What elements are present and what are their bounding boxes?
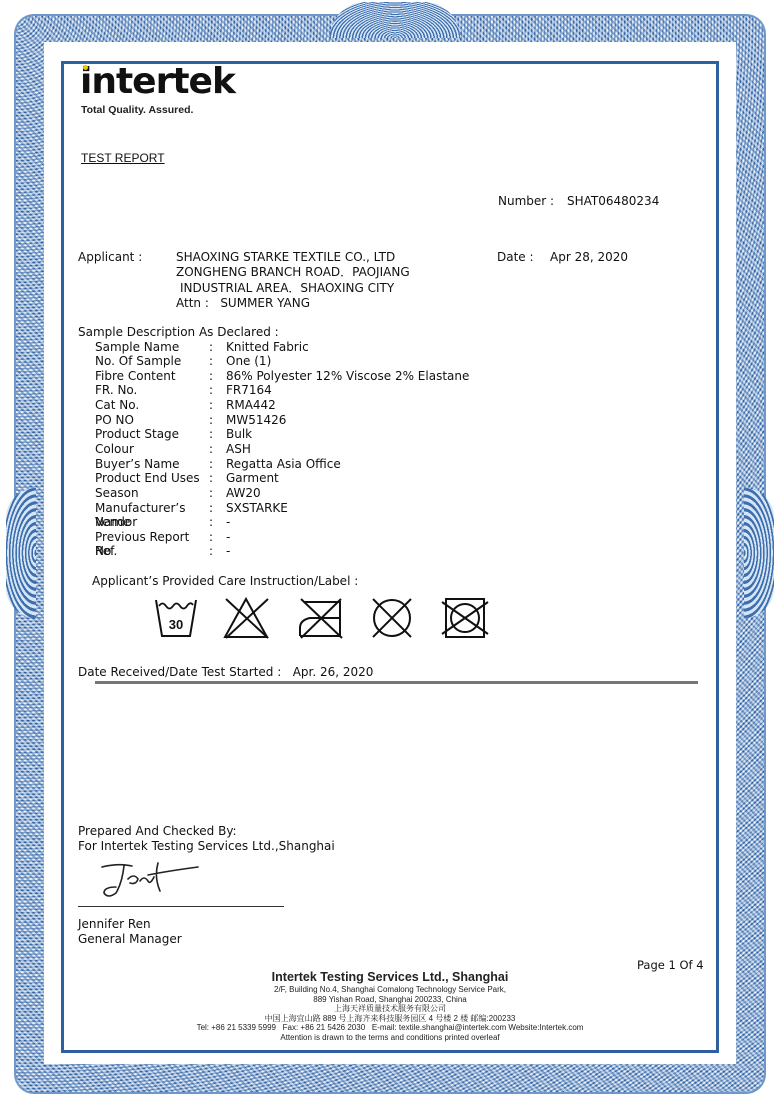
sample-field-value: One (1) [226,354,271,369]
sample-field-label: Manufacturer’s Name [95,501,209,516]
sample-field-separator: : [209,530,226,545]
applicant-line: ZONGHENG BRANCH ROAD．PAOJIANG [176,265,410,280]
sample-row: Vendor:- [95,515,469,530]
sample-field-separator: : [209,486,226,501]
sample-row: PO NO:MW51426 [95,413,469,428]
sample-row: Season:AW20 [95,486,469,501]
sample-field-separator: : [209,398,226,413]
sample-row: Colour:ASH [95,442,469,457]
date-received: Date Received/Date Test Started : Apr. 2… [78,665,373,680]
sample-field-separator: : [209,457,226,472]
sample-field-label: Sample Name [95,340,209,355]
report-title: TEST REPORT [81,151,165,165]
do-not-dry-clean-icon [368,596,416,640]
signature-line [78,906,284,907]
report-content: intertek Total Quality. Assured. TEST RE… [0,0,780,1107]
sample-description-table: Sample Name:Knitted FabricNo. Of Sample:… [95,340,469,560]
sample-field-separator: : [209,340,226,355]
applicant-address: SHAOXING STARKE TEXTILE CO., LTD ZONGHEN… [176,250,410,312]
sample-row: Previous Report No:- [95,530,469,545]
sample-field-label: PO NO [95,413,209,428]
sample-field-separator: : [209,471,226,486]
sample-field-label: Buyer’s Name [95,457,209,472]
sample-field-label: Fibre Content [95,369,209,384]
sample-row: Cat No.:RMA442 [95,398,469,413]
sample-field-separator: : [209,413,226,428]
sample-row: Product Stage:Bulk [95,427,469,442]
sample-field-value: - [226,530,230,545]
footer-line: 2/F, Building No.4, Shanghai Comalong Te… [0,985,780,995]
sample-row: Fibre Content:86% Polyester 12% Viscose … [95,369,469,384]
do-not-bleach-icon [222,596,270,640]
signer: Jennifer Ren General Manager [78,917,182,946]
wash-30-icon: 30 [152,596,200,640]
sample-field-value: 86% Polyester 12% Viscose 2% Elastane [226,369,469,384]
section-divider [95,681,698,684]
sample-field-label: Product End Uses [95,471,209,486]
sample-field-label: Cat No. [95,398,209,413]
sample-field-value: AW20 [226,486,261,501]
footer-line: 889 Yishan Road, Shanghai 200233, China [0,995,780,1005]
sample-field-separator: : [209,501,226,516]
date-received-label: Date Received/Date Test Started : [78,665,281,679]
sample-field-value: - [226,515,230,530]
sample-field-label: No. Of Sample [95,354,209,369]
report-number-value: SHAT06480234 [567,194,659,209]
sample-row: FR. No.:FR7164 [95,383,469,398]
do-not-tumble-dry-icon [440,596,490,640]
sample-field-value: RMA442 [226,398,276,413]
sample-row: No. Of Sample:One (1) [95,354,469,369]
sample-field-value: Knitted Fabric [226,340,309,355]
sample-field-label: FR. No. [95,383,209,398]
sample-field-value: - [226,544,230,559]
footer: Intertek Testing Services Ltd., Shanghai… [0,970,780,1043]
sample-field-separator: : [209,427,226,442]
report-date-label: Date : [497,250,534,265]
sample-row: Sample Name:Knitted Fabric [95,340,469,355]
svg-text:30: 30 [169,617,183,632]
applicant-label: Applicant : [78,250,142,265]
sample-field-label: Product Stage [95,427,209,442]
sample-description-heading: Sample Description As Declared : [78,325,279,340]
sample-field-value: MW51426 [226,413,286,428]
sample-field-separator: : [209,515,226,530]
applicant-attn: Attn : SUMMER YANG [176,296,410,311]
footer-line: 上海天祥质量技术服务有限公司 [0,1004,780,1014]
sample-field-value: SXSTARKE [226,501,288,516]
footer-company: Intertek Testing Services Ltd., Shanghai [0,970,780,985]
applicant-line: SHAOXING STARKE TEXTILE CO., LTD [176,250,410,265]
care-instruction-label: Applicant’s Provided Care Instruction/La… [92,574,358,589]
applicant-line: INDUSTRIAL AREA．SHAOXING CITY [176,281,410,296]
date-received-value: Apr. 26, 2020 [293,665,374,679]
intertek-logo: intertek [80,64,235,100]
sample-row: Buyer’s Name:Regatta Asia Office [95,457,469,472]
sample-field-separator: : [209,544,226,559]
sample-field-label: Previous Report No [95,530,209,545]
sample-field-value: Bulk [226,427,252,442]
signer-title: General Manager [78,932,182,947]
signature-image [98,857,208,901]
footer-line: 中国上海宜山路 889 号上海齐来科技服务园区 4 号楼 2 楼 邮编:2002… [0,1014,780,1024]
sample-row: Product End Uses:Garment [95,471,469,486]
logo-accent-dot [83,65,88,70]
sample-field-value: ASH [226,442,251,457]
sample-field-value: Garment [226,471,279,486]
report-number-label: Number : [498,194,554,209]
sample-field-label: Vendor [95,515,209,530]
prepared-by-label: Prepared And Checked By: [78,824,335,839]
sample-field-label: Season [95,486,209,501]
sample-row: Manufacturer’s Name:SXSTARKE [95,501,469,516]
sample-row: Ref.:- [95,544,469,559]
sample-field-separator: : [209,442,226,457]
footer-contact: Tel: +86 21 5339 5999 Fax: +86 21 5426 2… [0,1023,780,1033]
prepared-by: Prepared And Checked By: For Intertek Te… [78,824,335,853]
sample-field-separator: : [209,369,226,384]
sample-field-label: Ref. [95,544,209,559]
signer-name: Jennifer Ren [78,917,182,932]
do-not-iron-icon [296,596,344,640]
sample-field-separator: : [209,383,226,398]
report-date-value: Apr 28, 2020 [550,250,628,265]
logo-tagline: Total Quality. Assured. [81,104,193,116]
sample-field-value: FR7164 [226,383,272,398]
footer-notice: Attention is drawn to the terms and cond… [0,1033,780,1043]
sample-field-value: Regatta Asia Office [226,457,341,472]
prepared-by-org: For Intertek Testing Services Ltd.,Shang… [78,839,335,854]
sample-field-separator: : [209,354,226,369]
sample-field-label: Colour [95,442,209,457]
